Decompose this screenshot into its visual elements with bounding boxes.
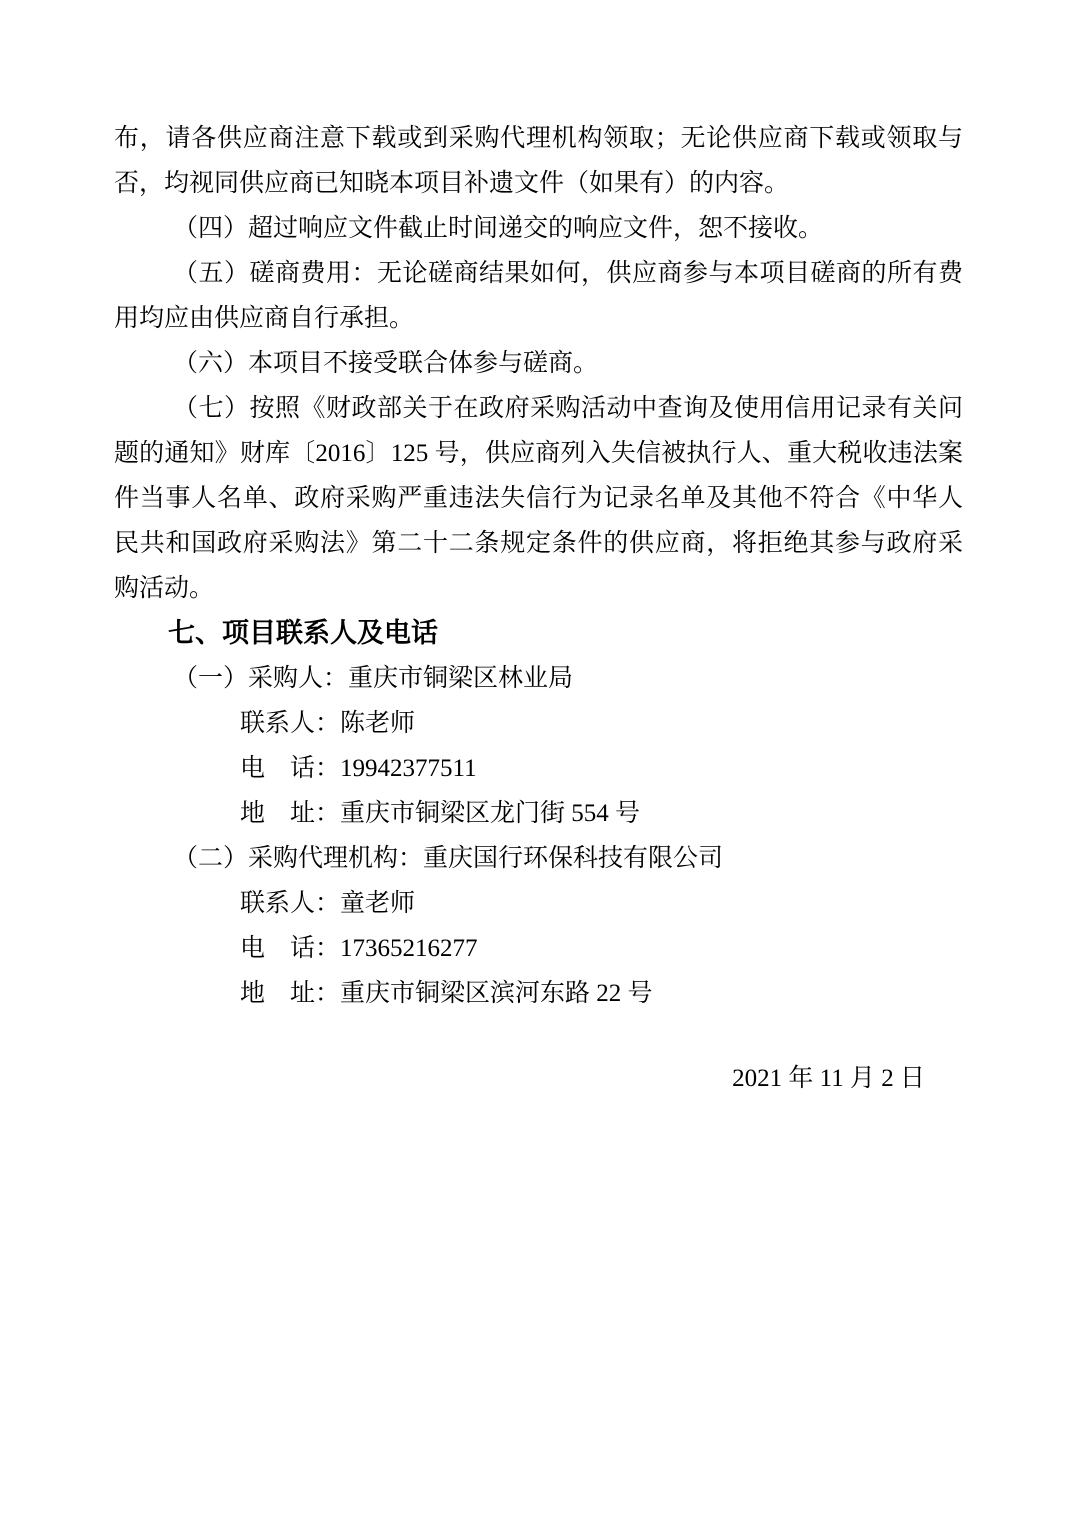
purchaser-heading: （一）采购人：重庆市铜梁区林业局 [114, 656, 963, 701]
purchaser-contact-person: 联系人：陈老师 [114, 701, 963, 746]
body-paragraph-item-4: （四）超过响应文件截止时间递交的响应文件，恕不接收。 [114, 206, 963, 251]
document-page: 布，请各供应商注意下载或到采购代理机构领取；无论供应商下载或领取与否，均视同供应… [0, 0, 1074, 1520]
agency-address: 地 址：重庆市铜梁区滨河东路 22 号 [114, 971, 963, 1016]
agency-phone: 电 话：17365216277 [114, 926, 963, 971]
body-paragraph-continuation: 布，请各供应商注意下载或到采购代理机构领取；无论供应商下载或领取与否，均视同供应… [114, 116, 963, 206]
purchaser-phone: 电 话：19942377511 [114, 746, 963, 791]
body-paragraph-item-7: （七）按照《财政部关于在政府采购活动中查询及使用信用记录有关问题的通知》财库〔2… [114, 386, 963, 611]
document-date: 2021 年 11 月 2 日 [114, 1056, 963, 1101]
section-heading-contacts: 七、项目联系人及电话 [114, 611, 963, 656]
agency-contact-person: 联系人：童老师 [114, 881, 963, 926]
body-paragraph-item-6: （六）本项目不接受联合体参与磋商。 [114, 341, 963, 386]
body-paragraph-item-5: （五）磋商费用：无论磋商结果如何，供应商参与本项目磋商的所有费用均应由供应商自行… [114, 251, 963, 341]
agency-heading: （二）采购代理机构：重庆国行环保科技有限公司 [114, 836, 963, 881]
document-content: 布，请各供应商注意下载或到采购代理机构领取；无论供应商下载或领取与否，均视同供应… [114, 116, 963, 1101]
purchaser-address: 地 址：重庆市铜梁区龙门街 554 号 [114, 791, 963, 836]
